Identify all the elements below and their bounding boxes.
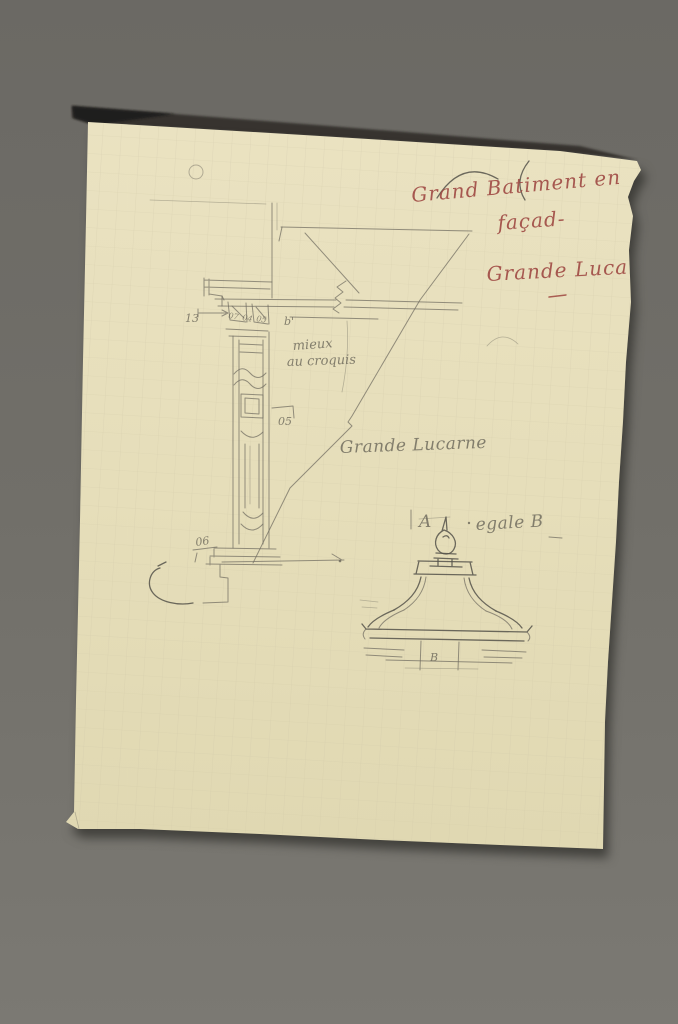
finial-label-a: A xyxy=(417,512,432,532)
ink-title-line2: façad- xyxy=(495,206,567,235)
dim-13: 13 xyxy=(185,312,199,325)
mark-b-prime: b' xyxy=(284,315,294,328)
pencil-dot xyxy=(468,522,470,524)
scanned-sketch-photo: Grand Batiment en façad- Grande Lucarne … xyxy=(0,0,678,1024)
dim-corbel-2: 04 xyxy=(242,313,254,324)
equivalence-note: egale B xyxy=(475,511,544,535)
graph-grid xyxy=(60,100,660,870)
pencil-dot xyxy=(339,560,342,563)
sketch-scene: Grand Batiment en façad- Grande Lucarne … xyxy=(0,0,678,1024)
base-label-b: B xyxy=(429,651,438,664)
pencil-note-line1: mieux xyxy=(292,336,333,354)
dim-panel: 05 xyxy=(278,415,292,428)
dim-base: 06 xyxy=(195,534,211,549)
dim-corbel-3: 05 xyxy=(256,314,268,325)
pencil-note-line2: au croquis xyxy=(287,353,357,370)
